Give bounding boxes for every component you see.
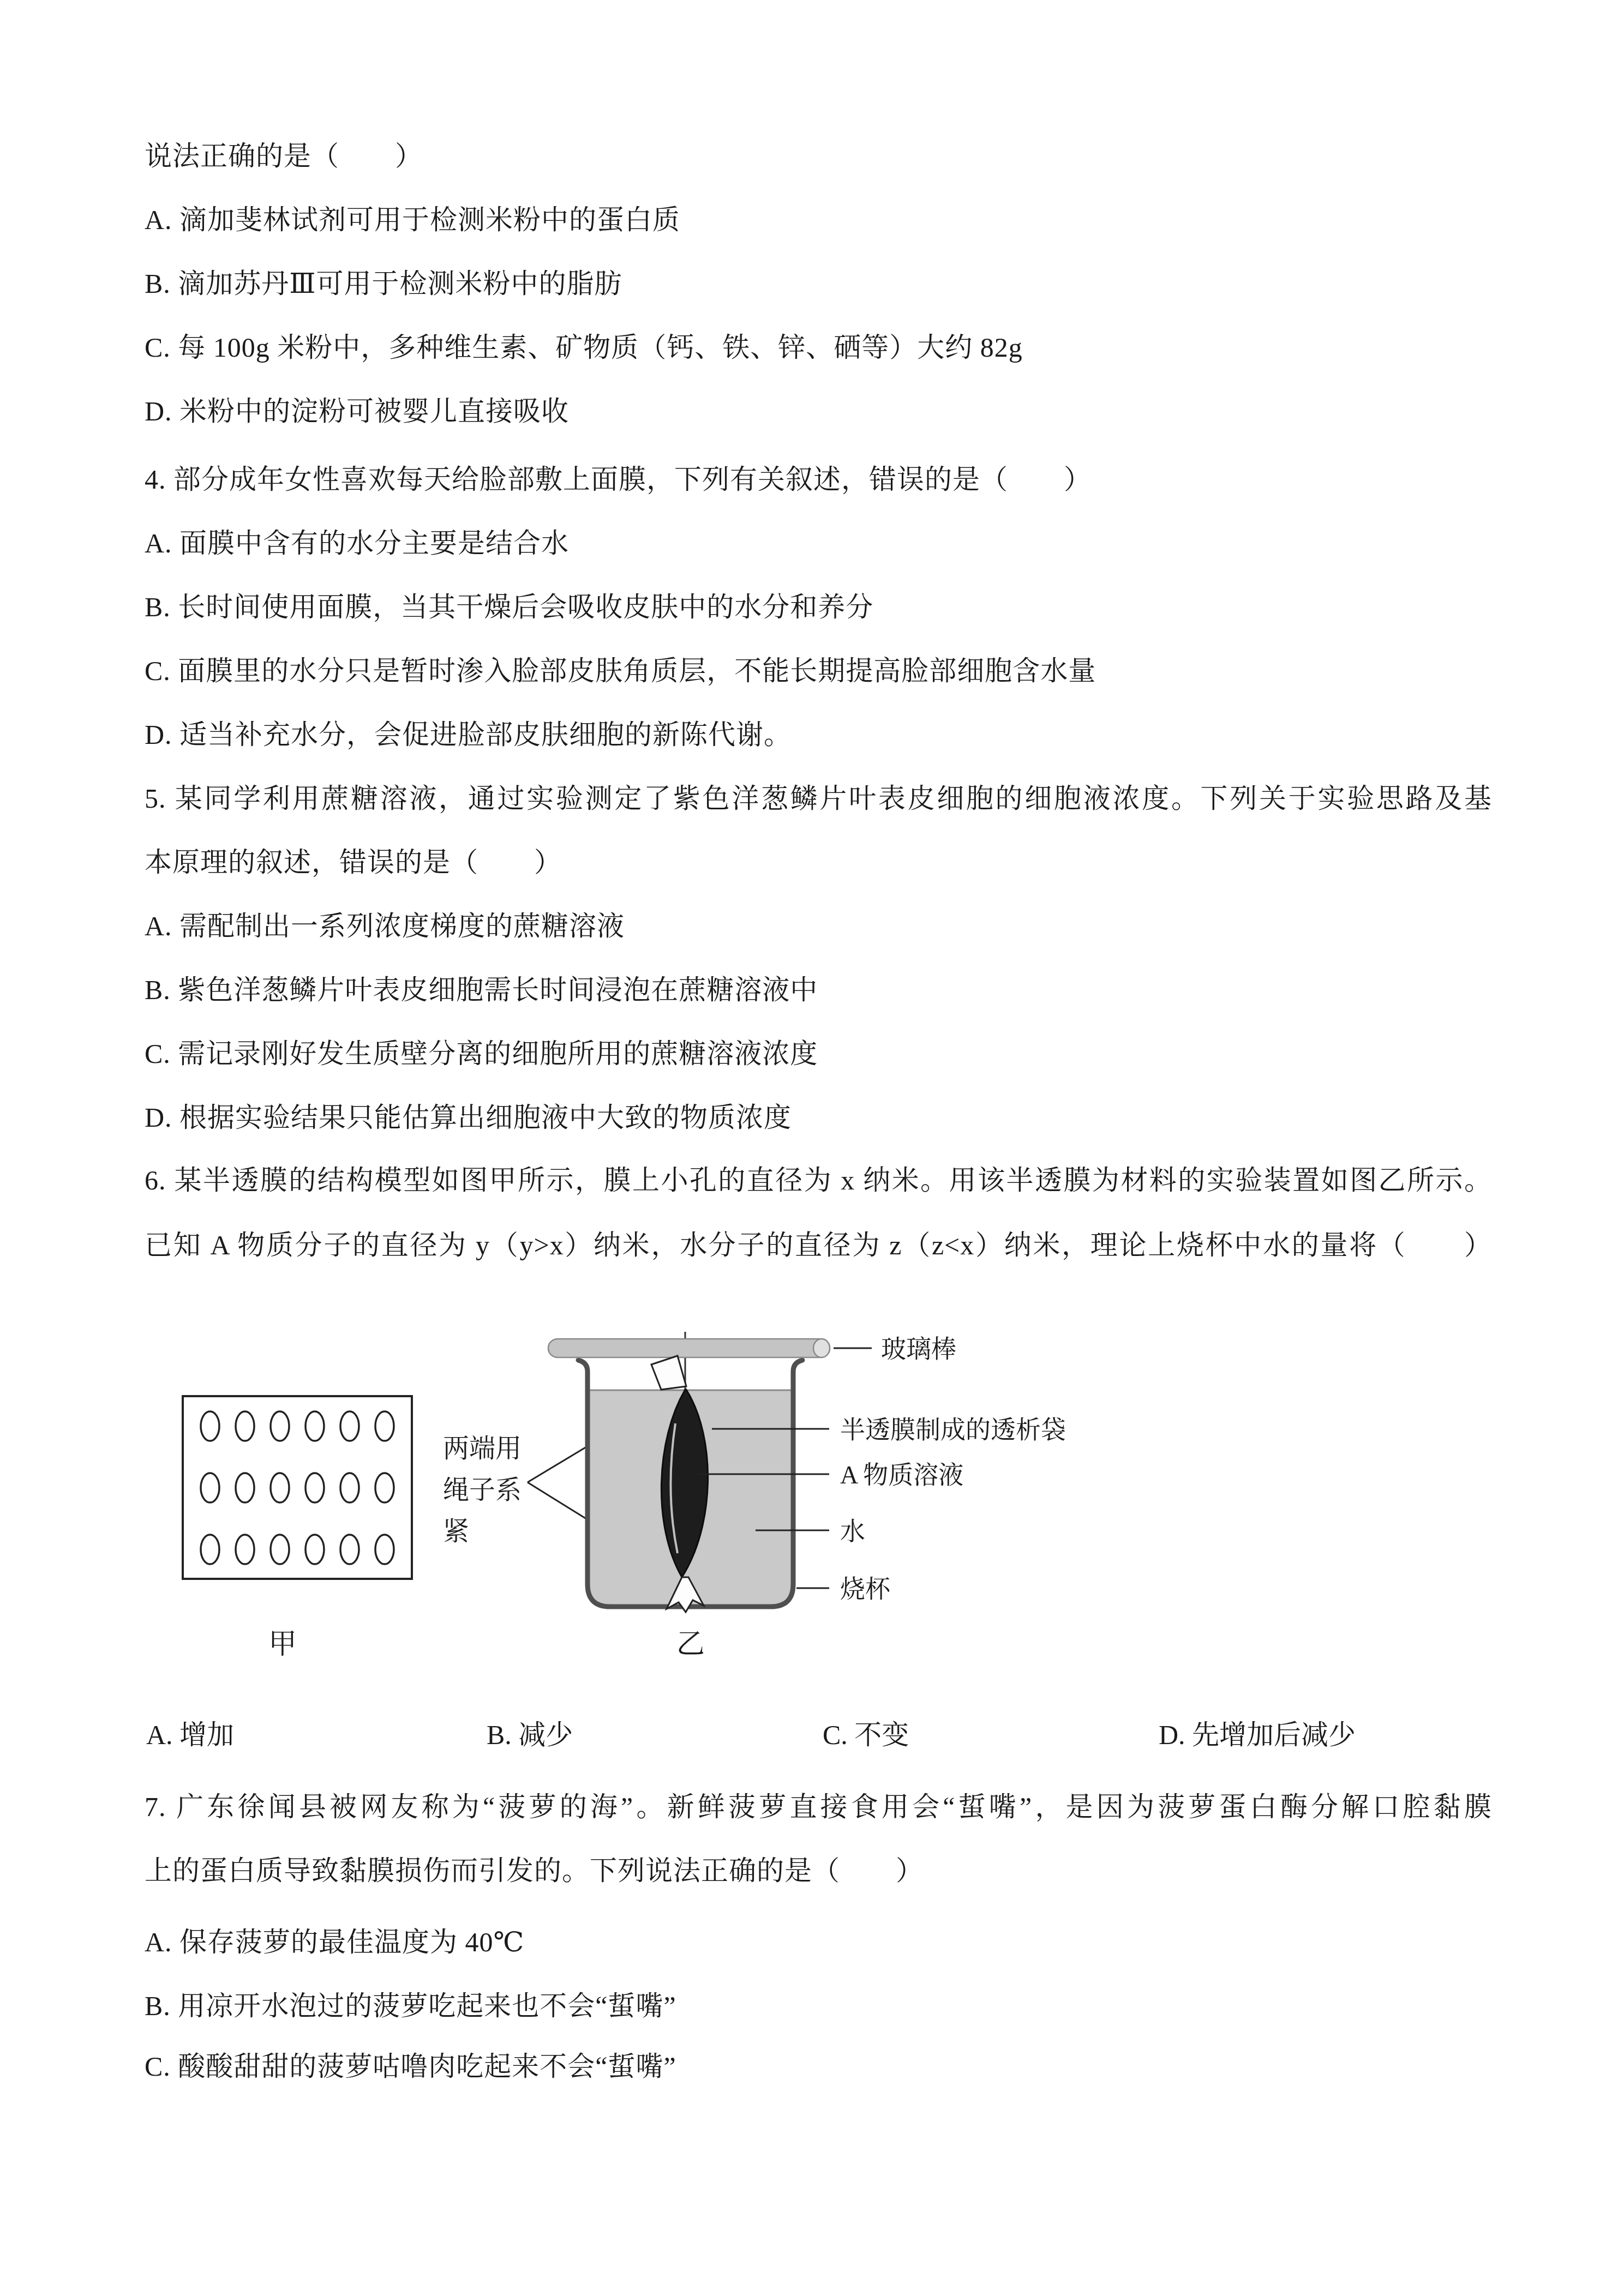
q5-option-d: D. 根据实验结果只能估算出细胞液中大致的物质浓度 <box>145 1101 792 1134</box>
q7-option-c: C. 酸酸甜甜的菠萝咕噜肉吃起来不会“蜇嘴” <box>145 2049 676 2083</box>
q3-option-a: A. 滴加斐林试剂可用于检测米粉中的蛋白质 <box>145 203 680 237</box>
q3-option-c: C. 每 100g 米粉中，多种维生素、矿物质（钙、铁、锌、硒等）大约 82g <box>145 330 1023 364</box>
tie-label-line1: 两端用 <box>443 1434 522 1463</box>
q7-option-a: A. 保存菠萝的最佳温度为 40℃ <box>145 1925 525 1959</box>
glass-rod <box>548 1339 830 1357</box>
q7-option-b: B. 用凉开水泡过的菠萝吃起来也不会“蜇嘴” <box>145 1989 676 2023</box>
label-glass-rod: 玻璃棒 <box>881 1335 956 1363</box>
glass-rod-end-cap <box>813 1339 830 1357</box>
q3-option-b: B. 滴加苏丹Ⅲ可用于检测米粉中的脂肪 <box>145 267 622 300</box>
q5-stem-line1: 5. 某同学利用蔗糖溶液，通过实验测定了紫色洋葱鳞片叶表皮细胞的细胞液浓度。下列… <box>145 782 1492 815</box>
label-solution-a: A 物质溶液 <box>840 1461 963 1489</box>
label-water: 水 <box>840 1517 865 1545</box>
q6-stem-line2: 已知 A 物质分子的直径为 y（y>x）纳米，水分子的直径为 z（z<x）纳米，… <box>145 1228 1492 1262</box>
tie-label-line3: 紧 <box>443 1517 469 1546</box>
q4-option-b: B. 长时间使用面膜，当其干燥后会吸收皮肤中的水分和养分 <box>145 590 873 624</box>
q6-option-a: A. 增加 <box>146 1718 234 1752</box>
q6-option-d: D. 先增加后减少 <box>1159 1718 1356 1752</box>
q3-option-d: D. 米粉中的淀粉可被婴儿直接吸收 <box>145 394 569 428</box>
q4-option-c: C. 面膜里的水分只是暂时渗入脸部皮肤角质层，不能长期提高脸部细胞含水量 <box>145 654 1096 688</box>
q7-stem-line1: 7. 广东徐闻县被网友称为“菠萝的海”。新鲜菠萝直接食用会“蜇嘴”，是因为菠萝蛋… <box>145 1790 1492 1824</box>
tie-label-line2: 绳子系 <box>443 1476 522 1505</box>
label-beaker: 烧杯 <box>840 1575 891 1603</box>
label-dialysis-bag: 半透膜制成的透析袋 <box>840 1416 1066 1444</box>
q5-stem-line2: 本原理的叙述，错误的是（ ） <box>145 845 562 879</box>
q7-stem-line2: 上的蛋白质导致黏膜损伤而引发的。下列说法正确的是（ ） <box>145 1854 924 1888</box>
q3-stem-continuation: 说法正确的是（ ） <box>145 139 423 173</box>
experiment-figure: 两端用 绳子系 紧 玻璃棒 半透膜制成的透析袋 <box>164 1325 1091 1669</box>
q4-option-d: D. 适当补充水分，会促进脸部皮肤细胞的新陈代谢。 <box>145 718 792 752</box>
q6-option-c: C. 不变 <box>823 1718 909 1752</box>
q5-option-c: C. 需记录刚好发生质壁分离的细胞所用的蔗糖溶液浓度 <box>145 1037 818 1071</box>
bag-top-knot <box>651 1356 686 1390</box>
figure-caption-yi: 乙 <box>676 1629 705 1660</box>
q6-stem-line1: 6. 某半透膜的结构模型如图甲所示，膜上小孔的直径为 x 纳米。用该半透膜为材料… <box>145 1163 1492 1197</box>
q5-option-b: B. 紫色洋葱鳞片叶表皮细胞需长时间浸泡在蔗糖溶液中 <box>145 973 818 1007</box>
q6-option-b: B. 减少 <box>487 1718 573 1752</box>
membrane-model-box <box>183 1396 412 1579</box>
q6-options-row: A. 增加 B. 减少 C. 不变 D. 先增加后减少 <box>0 1718 1624 1756</box>
figure-caption-jia: 甲 <box>268 1629 297 1660</box>
q4-option-a: A. 面膜中含有的水分主要是结合水 <box>145 526 569 560</box>
q5-option-a: A. 需配制出一系列浓度梯度的蔗糖溶液 <box>145 909 625 943</box>
q4-stem: 4. 部分成年女性喜欢每天给脸部敷上面膜，下列有关叙述，错误的是（ ） <box>145 462 1092 496</box>
exam-page: 说法正确的是（ ） A. 滴加斐林试剂可用于检测米粉中的蛋白质 B. 滴加苏丹Ⅲ… <box>0 0 1624 2296</box>
